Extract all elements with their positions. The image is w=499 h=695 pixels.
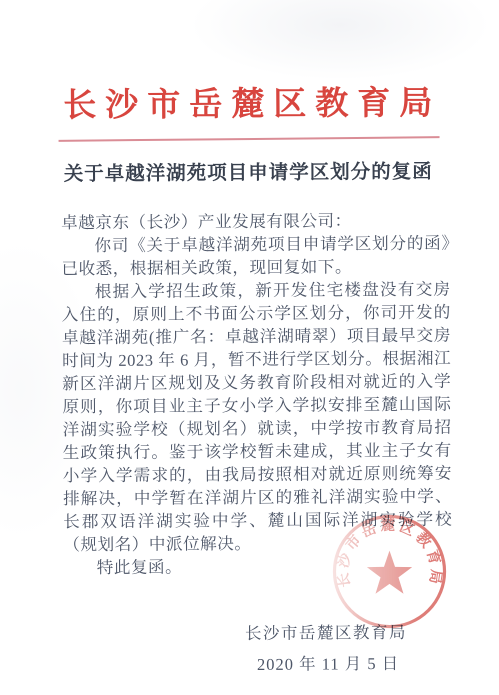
document-page: 长沙市岳麓区教育局 关于卓越洋湖苑项目申请学区划分的复函 卓越京东（长沙）产业发… [0, 0, 499, 695]
agency-header: 长沙市岳麓区教育局 [28, 76, 467, 126]
red-divider [59, 136, 440, 142]
signature-block: 长沙市岳麓区教育局 2020 年 11 月 5 日 [64, 621, 453, 678]
letter-body: 卓越京东（长沙）产业发展有限公司： 你司《关于卓越洋湖苑项目申请学区划分的函》已… [61, 209, 453, 678]
signature-date: 2020 年 11 月 5 日 [64, 652, 453, 678]
body-paragraph: 你司《关于卓越洋湖苑项目申请学区划分的函》已收悉，根据相关政策，现回复如下。 [61, 232, 450, 281]
body-paragraph: 特此复函。 [63, 554, 452, 580]
salutation: 卓越京东（长沙）产业发展有限公司： [61, 209, 450, 235]
document-title: 关于卓越洋湖苑项目申请学区划分的复函 [29, 155, 468, 186]
letter-content: 长沙市岳麓区教育局 关于卓越洋湖苑项目申请学区划分的复函 卓越京东（长沙）产业发… [0, 0, 499, 695]
signature-agency: 长沙市岳麓区教育局 [64, 621, 453, 647]
body-paragraph: 根据入学招生政策，新开发住宅楼盘没有交房入住的，原则上不书面公示学区划分，你司开… [62, 278, 453, 557]
